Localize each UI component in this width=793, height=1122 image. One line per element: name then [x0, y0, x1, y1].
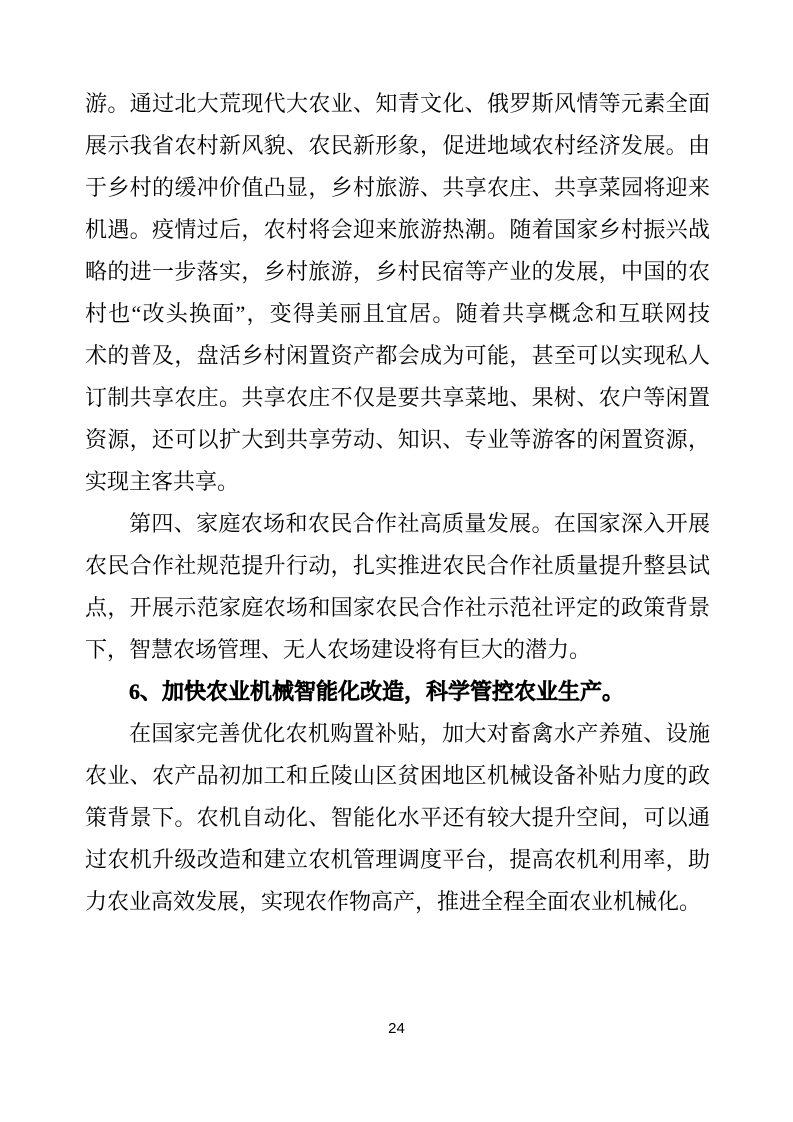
- section-heading-line: 6、加快农业机械智能化改造，科学管控农业生产。: [85, 671, 710, 713]
- text-line: 略的进一步落实，乡村旅游，乡村民宿等产业的发展，中国的农: [85, 251, 710, 293]
- text-line: 下，智慧农场管理、无人农场建设将有巨大的潜力。: [85, 629, 710, 671]
- text-line: 术的普及，盘活乡村闲置资产都会成为可能，甚至可以实现私人: [85, 335, 710, 377]
- page-body: 游。通过北大荒现代大农业、知青文化、俄罗斯风情等元素全面 展示我省农村新风貌、农…: [85, 83, 710, 923]
- text-line: 农民合作社规范提升行动，扎实推进农民合作社质量提升整县试: [85, 545, 710, 587]
- text-line: 过农机升级改造和建立农机管理调度平台，提高农机利用率，助: [85, 839, 710, 881]
- page-number: 24: [0, 1018, 793, 1040]
- paragraph-machinery: 在国家完善优化农机购置补贴，加大对畜禽水产养殖、设施 农业、农产品初加工和丘陵山…: [85, 713, 710, 923]
- text-line: 力农业高效发展，实现农作物高产，推进全程全面农业机械化。: [85, 881, 710, 923]
- text-line: 机遇。疫情过后，农村将会迎来旅游热潮。随着国家乡村振兴战: [85, 209, 710, 251]
- text-line: 资源，还可以扩大到共享劳动、知识、专业等游客的闲置资源，: [85, 419, 710, 461]
- text-line: 策背景下。农机自动化、智能化水平还有较大提升空间，可以通: [85, 797, 710, 839]
- text-line: 展示我省农村新风貌、农民新形象，促进地域农村经济发展。由: [85, 125, 710, 167]
- text-line: 农业、农产品初加工和丘陵山区贫困地区机械设备补贴力度的政: [85, 755, 710, 797]
- paragraph-family-farms: 第四、家庭农场和农民合作社高质量发展。在国家深入开展 农民合作社规范提升行动，扎…: [85, 503, 710, 671]
- section-heading-machinery: 6、加快农业机械智能化改造，科学管控农业生产。: [85, 671, 710, 713]
- text-line: 于乡村的缓冲价值凸显，乡村旅游、共享农庄、共享菜园将迎来: [85, 167, 710, 209]
- text-line: 游。通过北大荒现代大农业、知青文化、俄罗斯风情等元素全面: [85, 83, 710, 125]
- paragraph-rural-tourism: 游。通过北大荒现代大农业、知青文化、俄罗斯风情等元素全面 展示我省农村新风貌、农…: [85, 83, 710, 503]
- document-page: 游。通过北大荒现代大农业、知青文化、俄罗斯风情等元素全面 展示我省农村新风貌、农…: [0, 0, 793, 1122]
- text-line: 实现主客共享。: [85, 461, 710, 503]
- text-line: 村也“改头换面”，变得美丽且宜居。随着共享概念和互联网技: [85, 293, 710, 335]
- text-line: 在国家完善优化农机购置补贴，加大对畜禽水产养殖、设施: [85, 713, 710, 755]
- text-line: 第四、家庭农场和农民合作社高质量发展。在国家深入开展: [85, 503, 710, 545]
- text-line: 订制共享农庄。共享农庄不仅是要共享菜地、果树、农户等闲置: [85, 377, 710, 419]
- text-line: 点，开展示范家庭农场和国家农民合作社示范社评定的政策背景: [85, 587, 710, 629]
